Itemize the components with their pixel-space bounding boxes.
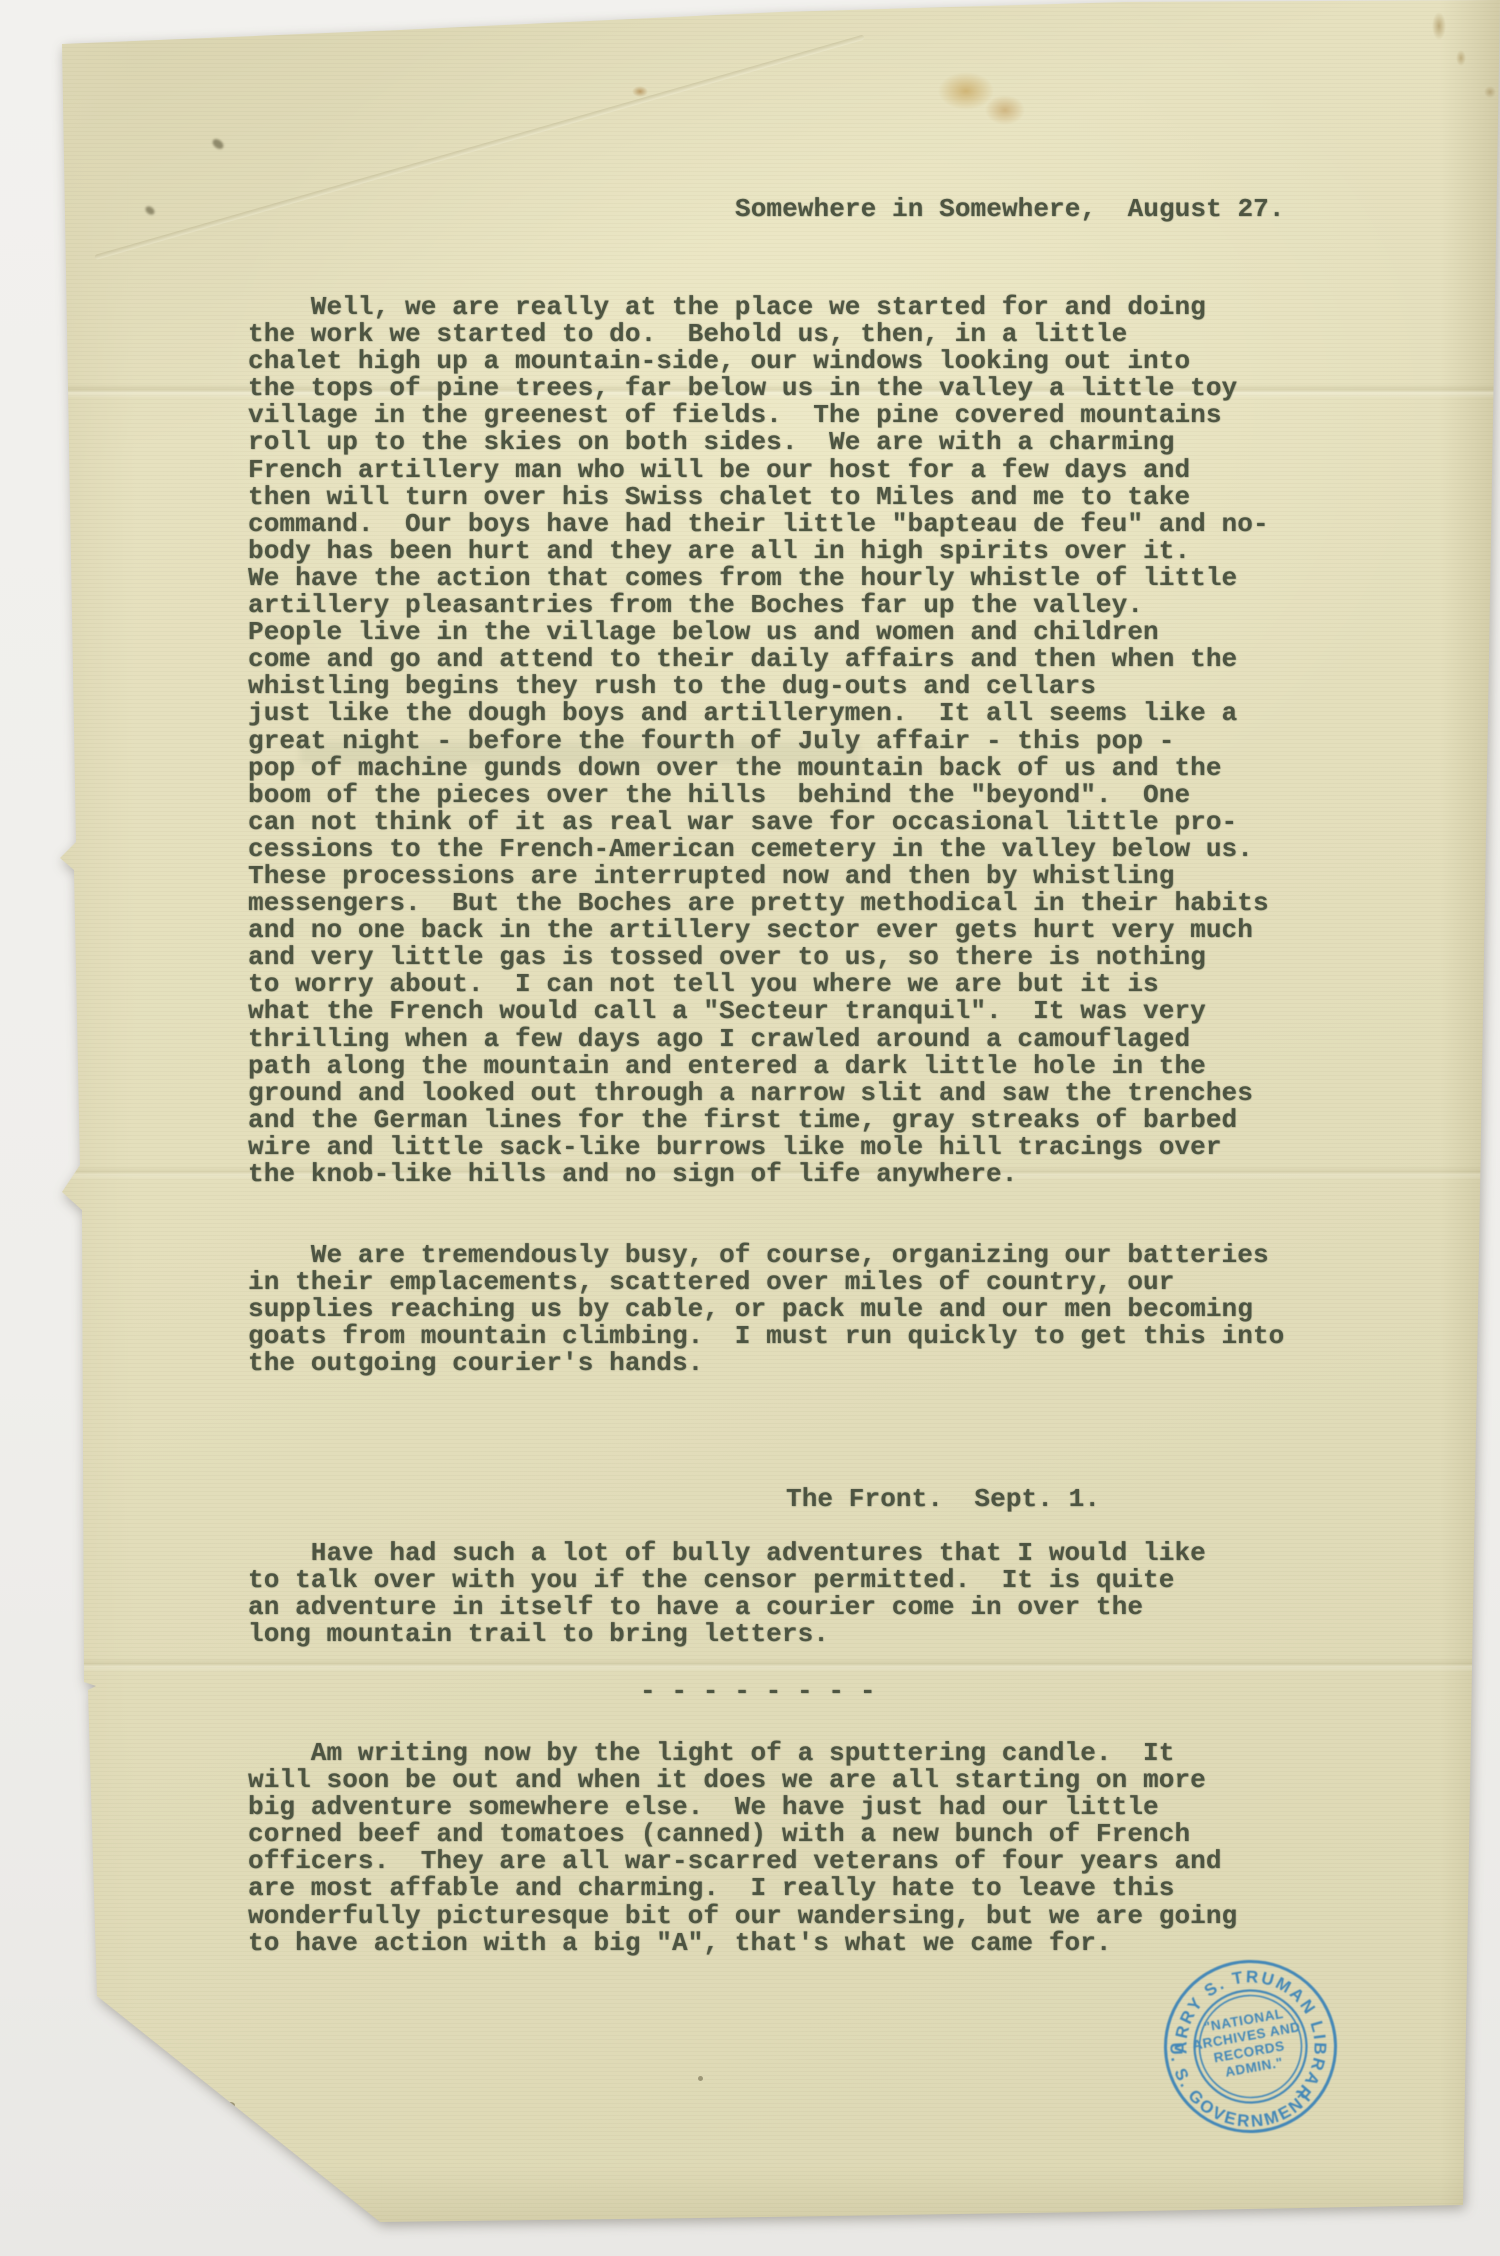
stain xyxy=(1484,86,1496,98)
scan-background: Somewhere in Somewhere, August 27. Well,… xyxy=(0,0,1500,2256)
paragraph-1: Well, we are really at the place we star… xyxy=(248,294,1269,1188)
paragraph-3: Have had such a lot of bully adventures … xyxy=(248,1540,1206,1648)
letter-paper-wrap: Somewhere in Somewhere, August 27. Well,… xyxy=(0,0,1500,2256)
speck xyxy=(226,2102,235,2108)
speck xyxy=(1472,2100,1480,2108)
speck xyxy=(698,2076,703,2081)
stain xyxy=(632,86,648,97)
letter-paper: Somewhere in Somewhere, August 27. Well,… xyxy=(0,0,1500,2256)
stain xyxy=(985,95,1025,125)
dateline: Somewhere in Somewhere, August 27. xyxy=(735,196,1285,223)
diagonal-crease xyxy=(94,35,864,260)
paragraph-2: We are tremendously busy, of course, org… xyxy=(248,1242,1284,1377)
section-heading: The Front. Sept. 1. xyxy=(786,1486,1100,1513)
separator-dashes: - - - - - - - - xyxy=(640,1678,876,1705)
paragraph-4: Am writing now by the light of a sputter… xyxy=(248,1740,1237,1957)
stain xyxy=(1456,50,1466,66)
stain xyxy=(938,72,994,110)
crease-dent xyxy=(144,205,156,217)
stain xyxy=(1432,12,1446,40)
crease-dent xyxy=(211,137,225,151)
truman-library-stamp: HARRY S. TRUMAN LIBRARY U. S. GOVERNMENT… xyxy=(1148,1944,1353,2149)
fold-crease-bottom xyxy=(0,1658,1500,1672)
